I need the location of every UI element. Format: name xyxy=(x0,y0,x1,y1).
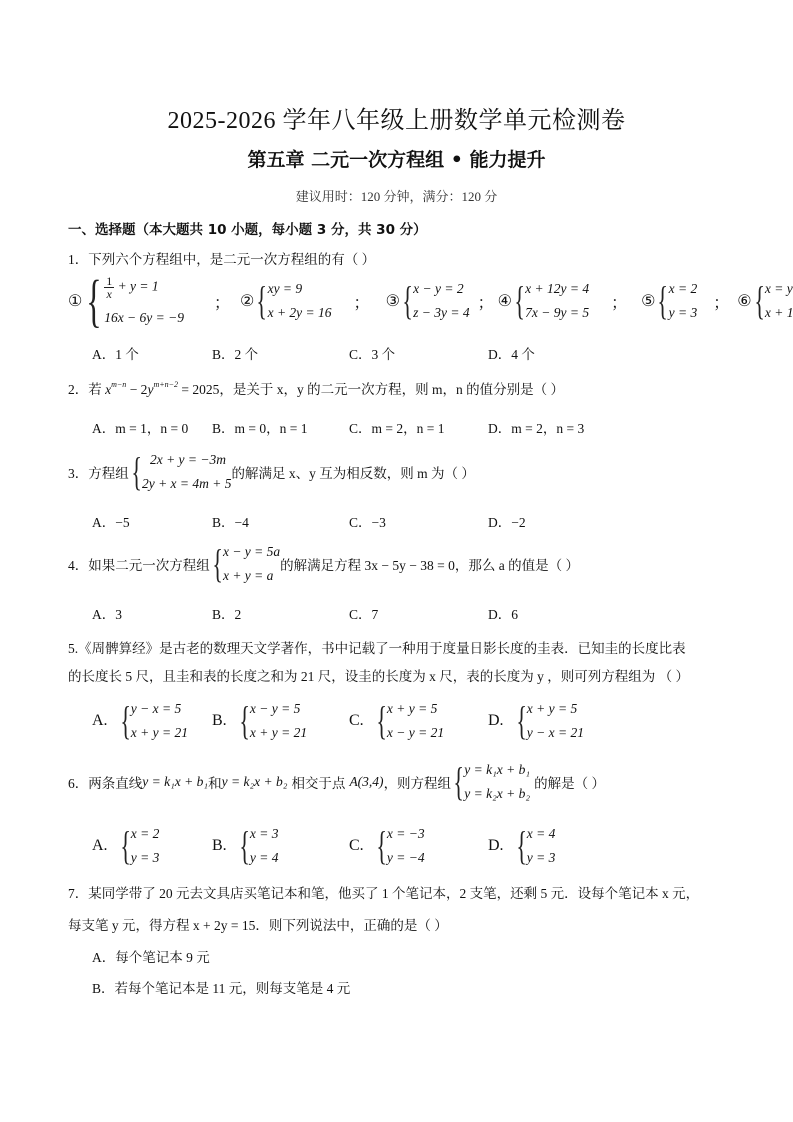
equation-system: { 2x + y = −3m2y + x = 4m + 5 xyxy=(129,448,232,496)
equation: 1x + y = 1 xyxy=(104,275,184,300)
q2-option-c[interactable]: C．m = 2，n = 1 xyxy=(349,417,444,437)
equation: y − x = 5 xyxy=(131,697,188,721)
equations: x = 2y = 3 xyxy=(131,822,160,870)
equation: y = −4 xyxy=(387,846,425,870)
equations: y = k₁x + b₁y = k₂x + b₂ xyxy=(464,758,530,806)
system-3: ③ { x − y = 2z − 3y = 4 xyxy=(386,277,470,325)
line-equation-1: y = k₁x + b₁ xyxy=(142,774,208,790)
equation: x = −3 xyxy=(387,822,425,846)
option-label: A. xyxy=(92,837,108,855)
brace-icon: { xyxy=(87,272,102,330)
brace-icon: { xyxy=(514,281,525,321)
question-text: 若 xyxy=(88,382,102,397)
q2-option-b[interactable]: B．m = 0，n = 1 xyxy=(212,417,307,437)
option-label: D. xyxy=(488,837,504,855)
section-heading: 一、选择题（本大题共 10 小题，每小题 3 分，共 30 分） xyxy=(68,218,427,238)
equations: x = y − 3x + 1 = 4 xyxy=(765,277,793,325)
equations: x = 2y = 3 xyxy=(669,277,698,325)
option-label: C. xyxy=(349,712,364,730)
q2-option-d[interactable]: D．m = 2，n = 3 xyxy=(488,417,584,437)
equation: x = 2 xyxy=(131,822,160,846)
math-text: = 2025 xyxy=(178,382,219,397)
question-text: 的解满足 x、y 互为相反数，则 m 为（ ） xyxy=(232,462,475,482)
equations: x = 3y = 4 xyxy=(250,822,279,870)
circled-label: ③ xyxy=(386,291,400,311)
q6-option-a[interactable]: A.{x = 2y = 3 xyxy=(92,822,159,870)
circled-label: ① xyxy=(68,291,82,311)
brace-icon: { xyxy=(120,701,131,741)
question-number: 7． xyxy=(68,886,88,901)
brace-icon: { xyxy=(120,826,131,866)
separator: ； xyxy=(713,290,729,313)
question-number: 4． xyxy=(68,554,88,574)
equation: y = 3 xyxy=(527,846,556,870)
equation: x − y = 5a xyxy=(223,540,280,564)
question-6-stem: 6．两条直线 y = k₁x + b₁ 和 y = k₂x + b₂ 相交于点 … xyxy=(68,758,605,806)
equations: x − y = 5ax + y = a xyxy=(223,540,280,588)
brace-icon: { xyxy=(131,452,142,492)
q3-option-c[interactable]: C．−3 xyxy=(349,511,386,531)
equation: x = 2 xyxy=(669,277,698,301)
brace-icon: { xyxy=(402,281,413,321)
equation-system: D.{x = 4y = 3 xyxy=(488,822,555,870)
q4-option-d[interactable]: D．6 xyxy=(488,603,518,623)
equation: x − y = 5 xyxy=(250,697,307,721)
brace-icon: { xyxy=(239,826,250,866)
circled-label: ⑥ xyxy=(737,291,751,311)
numerator: 1 xyxy=(104,275,114,288)
separator: ； xyxy=(478,290,494,313)
option-label: B. xyxy=(212,837,227,855)
question-text: 的解满足方程 3x − 5y − 38 = 0，那么 a 的值是（ ） xyxy=(280,554,579,574)
brace-icon: { xyxy=(516,826,527,866)
q5-option-a[interactable]: A.{y − x = 5x + y = 21 xyxy=(92,697,188,745)
system-2: ② { xy = 9x + 2y = 16 xyxy=(240,277,332,325)
separator: ； xyxy=(611,290,627,313)
question-7-stem-line1: 7．某同学带了 20 元去文具店买笔记本和笔，他买了 1 个笔记本，2 支笔，还… xyxy=(68,882,699,902)
question-number: 5. xyxy=(68,641,78,656)
equation: y = k₂x + b₂ xyxy=(464,782,530,806)
equation: 16x − 6y = −9 xyxy=(104,308,184,328)
separator: ； xyxy=(354,290,370,313)
equation: x + 12y = 4 xyxy=(525,277,589,301)
equations: x + y = 5x − y = 21 xyxy=(387,697,444,745)
question-7-stem-line2: 每支笔 y 元，得方程 x + 2y = 15．则下列说法中，正确的是（ ） xyxy=(68,914,448,934)
equations: x − y = 2z − 3y = 4 xyxy=(413,277,469,325)
q4-option-b[interactable]: B．2 xyxy=(212,603,241,623)
question-text: 《周髀算经》是古老的数理天文学著作，书中记载了一种用于度量日影长度的圭表．已知圭… xyxy=(78,641,686,656)
option-label: C. xyxy=(349,837,364,855)
brace-icon: { xyxy=(658,281,669,321)
question-5-stem-line2: 的长度长 5 尺，且圭和表的长度之和为 21 尺，设圭的长度为 x 尺，表的长度… xyxy=(68,665,689,685)
equation-system: A.{y − x = 5x + y = 21 xyxy=(92,697,188,745)
math-text: − 2 xyxy=(126,382,147,397)
equations: x = 4y = 3 xyxy=(527,822,556,870)
equations: 1x + y = 1 16x − 6y = −9 xyxy=(104,275,184,328)
q6-option-c[interactable]: C.{x = −3y = −4 xyxy=(349,822,425,870)
q1-option-d[interactable]: D．4 个 xyxy=(488,343,535,363)
equation: x + y = a xyxy=(223,564,280,588)
equation-system: B.{x − y = 5x + y = 21 xyxy=(212,697,307,745)
equation: x + 1 = 4 xyxy=(765,301,793,325)
question-number: 1． xyxy=(68,252,88,267)
q6-option-b[interactable]: B.{x = 3y = 4 xyxy=(212,822,278,870)
equations: x = −3y = −4 xyxy=(387,822,425,870)
circled-label: ⑤ xyxy=(641,291,655,311)
q5-option-d[interactable]: D.{x + y = 5y − x = 21 xyxy=(488,697,584,745)
equation: x = y − 3 xyxy=(765,277,793,301)
equation: x = 4 xyxy=(527,822,556,846)
equation: z − 3y = 4 xyxy=(413,301,469,325)
circled-label: ② xyxy=(240,291,254,311)
q1-option-a[interactable]: A．1 个 xyxy=(92,343,139,363)
equation-system: { y = k₁x + b₁y = k₂x + b₂ xyxy=(451,758,530,806)
q4-option-a[interactable]: A．3 xyxy=(92,603,122,623)
equation: y = k₁x + b₁ xyxy=(464,758,530,782)
equations: 2x + y = −3m2y + x = 4m + 5 xyxy=(142,448,232,496)
question-number: 3． xyxy=(68,462,88,482)
question-text: 如果二元一次方程组 xyxy=(88,554,210,574)
question-text: ，则方程组 xyxy=(384,772,452,792)
equation-system: C.{x + y = 5x − y = 21 xyxy=(349,697,444,745)
q3-option-d[interactable]: D．−2 xyxy=(488,511,526,531)
equation: x + 2y = 16 xyxy=(268,301,332,325)
question-text: ，是关于 x，y 的二元一次方程，则 m，n 的值分别是（ ） xyxy=(219,382,564,397)
equation: y = 3 xyxy=(669,301,698,325)
option-label: A. xyxy=(92,712,108,730)
equation: 7x − 9y = 5 xyxy=(525,301,589,325)
option-label: B. xyxy=(212,712,227,730)
brace-icon: { xyxy=(376,826,387,866)
page-title: 2025-2026 学年八年级上册数学单元检测卷 xyxy=(0,100,793,135)
equations: x − y = 5x + y = 21 xyxy=(250,697,307,745)
system-5: ⑤ { x = 2y = 3 xyxy=(641,277,697,325)
q2-option-a[interactable]: A．m = 1，n = 0 xyxy=(92,417,188,437)
brace-icon: { xyxy=(239,701,250,741)
brace-icon: { xyxy=(257,281,268,321)
equation: x + y = 5 xyxy=(387,697,444,721)
brace-icon: { xyxy=(516,701,527,741)
equation: 2y + x = 4m + 5 xyxy=(142,472,232,496)
point-label: A(3,4) xyxy=(349,774,383,790)
system-4: ④ { x + 12y = 47x − 9y = 5 xyxy=(498,277,590,325)
equation-system: D.{x + y = 5y − x = 21 xyxy=(488,697,584,745)
equations: x + y = 5y − x = 21 xyxy=(527,697,584,745)
question-text: 某同学带了 20 元去文具店买笔记本和笔，他买了 1 个笔记本，2 支笔，还剩 … xyxy=(88,886,699,901)
equation-system: B.{x = 3y = 4 xyxy=(212,822,278,870)
option-label: D. xyxy=(488,712,504,730)
question-4-stem: 4．如果二元一次方程组 { x − y = 5ax + y = a 的解满足方程… xyxy=(68,540,579,588)
q5-option-b[interactable]: B.{x − y = 5x + y = 21 xyxy=(212,697,307,745)
exponent: m−n xyxy=(111,380,126,389)
chapter-subtitle: 第五章 二元一次方程组 • 能力提升 xyxy=(0,145,793,172)
question-text: 和 xyxy=(208,772,222,792)
q3-option-b[interactable]: B．−4 xyxy=(212,511,249,531)
equation: y = 4 xyxy=(250,846,279,870)
equation: x = 3 xyxy=(250,822,279,846)
question-number: 2． xyxy=(68,382,88,397)
question-text: 方程组 xyxy=(88,462,129,482)
equation-system: C.{x = −3y = −4 xyxy=(349,822,425,870)
question-3-stem: 3．方程组 { 2x + y = −3m2y + x = 4m + 5 的解满足… xyxy=(68,448,475,496)
system-6: ⑥ { x = y − 3x + 1 = 4 xyxy=(737,277,793,325)
time-score-hint: 建议用时：120 分钟，满分：120 分 xyxy=(0,186,793,205)
q7-option-a[interactable]: A．每个笔记本 9 元 xyxy=(92,946,210,966)
equation: x − y = 2 xyxy=(413,277,469,301)
q6-option-d[interactable]: D.{x = 4y = 3 xyxy=(488,822,555,870)
equation-system: { x − y = 5ax + y = a xyxy=(210,540,280,588)
equation: y = 3 xyxy=(131,846,160,870)
question-text: 下列六个方程组中，是二元一次方程组的有（ ） xyxy=(88,252,375,267)
q5-option-c[interactable]: C.{x + y = 5x − y = 21 xyxy=(349,697,444,745)
question-1-systems: ① { 1x + y = 1 16x − 6y = −9 ； ② { xy = … xyxy=(68,272,793,330)
q1-option-c[interactable]: C．3 个 xyxy=(349,343,395,363)
exponent: m+n−2 xyxy=(153,380,178,389)
q3-option-a[interactable]: A．−5 xyxy=(92,511,130,531)
fraction: 1x xyxy=(104,275,114,300)
equation-system: A.{x = 2y = 3 xyxy=(92,822,159,870)
equation: x + y = 21 xyxy=(131,721,188,745)
question-text: 两条直线 xyxy=(88,772,142,792)
q4-option-c[interactable]: C．7 xyxy=(349,603,378,623)
denominator: x xyxy=(107,288,112,300)
equation: x − y = 21 xyxy=(387,721,444,745)
system-1: ① { 1x + y = 1 16x − 6y = −9 xyxy=(68,272,184,330)
q1-option-b[interactable]: B．2 个 xyxy=(212,343,258,363)
equation: y − x = 21 xyxy=(527,721,584,745)
equations: xy = 9x + 2y = 16 xyxy=(268,277,332,325)
line-equation-2: y = k₂x + b₂ xyxy=(222,774,288,790)
equation: x + y = 5 xyxy=(527,697,584,721)
question-1-stem: 1．下列六个方程组中，是二元一次方程组的有（ ） xyxy=(68,248,375,268)
brace-icon: { xyxy=(212,544,223,584)
circled-label: ④ xyxy=(498,291,512,311)
question-text: 的解是（ ） xyxy=(534,772,605,792)
equation: xy = 9 xyxy=(268,277,332,301)
equation-text: + y = 1 xyxy=(118,278,159,293)
question-text: 相交于点 xyxy=(291,772,345,792)
question-5-stem-line1: 5.《周髀算经》是古老的数理天文学著作，书中记载了一种用于度量日影长度的圭表．已… xyxy=(68,637,686,657)
equations: y − x = 5x + y = 21 xyxy=(131,697,188,745)
separator: ； xyxy=(214,290,230,313)
brace-icon: { xyxy=(376,701,387,741)
q7-option-b[interactable]: B．若每个笔记本是 11 元，则每支笔是 4 元 xyxy=(92,977,350,997)
question-2-stem: 2．若 xm−n − 2ym+n−2 = 2025，是关于 x，y 的二元一次方… xyxy=(68,378,564,398)
equation: x + y = 21 xyxy=(250,721,307,745)
brace-icon: { xyxy=(453,762,464,802)
equation: 2x + y = −3m xyxy=(142,448,232,472)
brace-icon: { xyxy=(754,281,765,321)
equations: x + 12y = 47x − 9y = 5 xyxy=(525,277,589,325)
question-number: 6． xyxy=(68,772,88,792)
